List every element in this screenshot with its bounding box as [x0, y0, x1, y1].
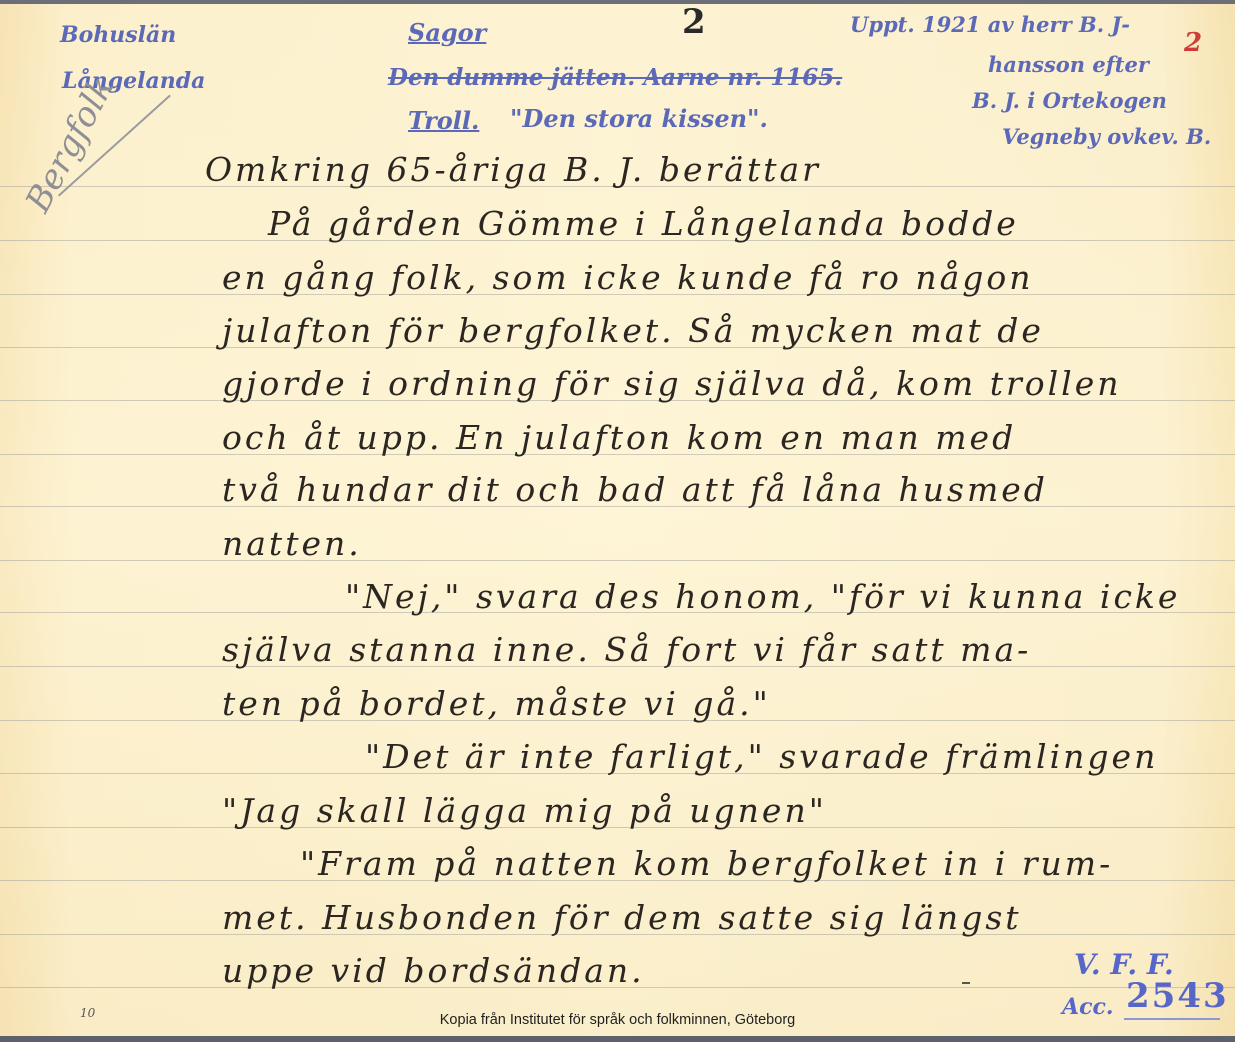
record-note-line-3: B. J. i Ortekogen — [972, 88, 1167, 113]
genre-note: Troll. — [408, 106, 479, 135]
body-line: själva stanna inne. Så fort vi får satt … — [222, 630, 1031, 669]
province-note: Bohuslän — [60, 22, 176, 48]
category-note: Sagor — [408, 18, 486, 47]
body-line: gjorde i ordning för sig själva då, kom … — [222, 364, 1122, 403]
body-line: en gång folk, som icke kunde få ro någon — [222, 258, 1034, 297]
struck-title-note: Den dumme jätten. Aarne nr. 1165. — [388, 64, 842, 91]
page-number: 2 — [682, 2, 706, 42]
body-line: uppe vid bordsändan. — [222, 951, 645, 990]
record-note-line-2: hansson efter — [988, 52, 1149, 77]
body-line: ten på bordet, måste vi gå." — [222, 684, 771, 723]
body-line: "Det är inte farligt," svarade främlinge… — [365, 737, 1158, 776]
ruled-line — [0, 560, 1235, 561]
story-title-note: "Den stora kissen". — [510, 104, 768, 133]
scan-top-edge — [0, 0, 1235, 4]
manuscript-page: Bohuslän Långelanda Bergfolk Sagor Den d… — [0, 0, 1235, 1036]
body-line: och åt upp. En julafton kom en man med — [222, 418, 1016, 457]
record-note-line-1: Uppt. 1921 av herr B. J- — [850, 12, 1130, 37]
body-line: "Nej," svara des honom, "för vi kunna ic… — [345, 577, 1180, 616]
body-line: "Jag skall lägga mig på ugnen" — [222, 791, 827, 830]
record-note-line-4: Vegneby ovkev. B. — [1002, 124, 1211, 149]
archive-footer-caption: Kopia från Institutet för språk och folk… — [0, 1012, 1235, 1028]
body-line: Omkring 65-åriga B. J. berättar — [205, 150, 821, 189]
body-line: "Fram på natten kom bergfolket in i rum- — [300, 844, 1113, 883]
body-line: met. Husbonden för dem satte sig längst — [222, 898, 1022, 937]
body-line: natten. — [222, 524, 362, 563]
body-line: julafton för bergfolket. Så mycken mat d… — [222, 311, 1044, 350]
end-dash — [962, 982, 970, 984]
archive-stamp-number: 2543 — [1126, 976, 1229, 1016]
body-line: På gården Gömme i Långelanda bodde — [268, 204, 1019, 243]
scan-bottom-edge — [0, 1036, 1235, 1042]
body-line: två hundar dit och bad att få låna husme… — [222, 470, 1048, 509]
red-corner-mark: 2 — [1184, 28, 1202, 58]
